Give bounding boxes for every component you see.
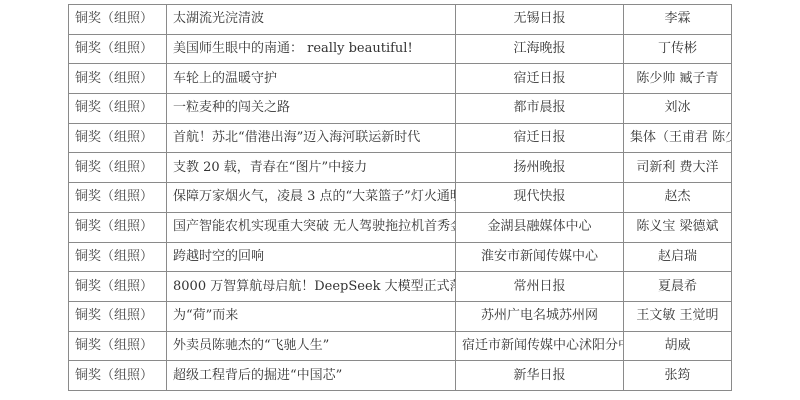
author-cell: 陈义宝 梁德斌 xyxy=(624,212,732,242)
unit-cell: 淮安市新闻传媒中心 xyxy=(456,242,624,272)
author-cell: 刘冰 xyxy=(624,94,732,124)
table-row: 铜奖（组照） 超级工程背后的掘进“中国芯” 新华日报 张筠 xyxy=(69,361,732,391)
award-cell: 铜奖（组照） xyxy=(69,5,167,35)
award-cell: 铜奖（组照） xyxy=(69,331,167,361)
award-cell: 铜奖（组照） xyxy=(69,34,167,64)
unit-cell: 新华日报 xyxy=(456,361,624,391)
award-cell: 铜奖（组照） xyxy=(69,183,167,213)
author-cell: 赵杰 xyxy=(624,183,732,213)
title-cell: 一粒麦种的闯关之路 xyxy=(167,94,456,124)
title-cell: 车轮上的温暖守护 xyxy=(167,64,456,94)
table-row: 铜奖（组照） 车轮上的温暖守护 宿迁日报 陈少帅 臧子青 xyxy=(69,64,732,94)
title-cell: 跨越时空的回响 xyxy=(167,242,456,272)
title-cell: 美国师生眼中的南通： really beautiful! xyxy=(167,34,456,64)
author-cell: 集体（王甫君 陈少帅 王帅甫 张良） xyxy=(624,123,732,153)
award-cell: 铜奖（组照） xyxy=(69,301,167,331)
table-row: 铜奖（组照） 保障万家烟火气，凌晨 3 点的“大菜篮子”灯火通明 现代快报 赵杰 xyxy=(69,183,732,213)
title-cell: 保障万家烟火气，凌晨 3 点的“大菜篮子”灯火通明 xyxy=(167,183,456,213)
unit-cell: 宿迁日报 xyxy=(456,123,624,153)
unit-cell: 现代快报 xyxy=(456,183,624,213)
unit-cell: 江海晚报 xyxy=(456,34,624,64)
author-cell: 陈少帅 臧子青 xyxy=(624,64,732,94)
title-cell: 国产智能农机实现重大突破 无人驾驶拖拉机首秀金湖 xyxy=(167,212,456,242)
unit-cell: 宿迁市新闻传媒中心沭阳分中心 xyxy=(456,331,624,361)
unit-cell: 无锡日报 xyxy=(456,5,624,35)
unit-cell: 都市晨报 xyxy=(456,94,624,124)
author-cell: 夏晨希 xyxy=(624,272,732,302)
awards-table: 铜奖（组照） 太湖流光浣清波 无锡日报 李霖 铜奖（组照） 美国师生眼中的南通：… xyxy=(68,4,732,391)
unit-cell: 苏州广电名城苏州网 xyxy=(456,301,624,331)
unit-cell: 金湖县融媒体中心 xyxy=(456,212,624,242)
award-cell: 铜奖（组照） xyxy=(69,123,167,153)
table-row: 铜奖（组照） 外卖员陈驰杰的“飞驰人生” 宿迁市新闻传媒中心沭阳分中心 胡威 xyxy=(69,331,732,361)
table-row: 铜奖（组照） 国产智能农机实现重大突破 无人驾驶拖拉机首秀金湖 金湖县融媒体中心… xyxy=(69,212,732,242)
table-row: 铜奖（组照） 首航！苏北“借港出海”迈入海河联运新时代 宿迁日报 集体（王甫君 … xyxy=(69,123,732,153)
author-cell: 王文敏 王觉明 xyxy=(624,301,732,331)
author-cell: 丁传彬 xyxy=(624,34,732,64)
title-cell: 外卖员陈驰杰的“飞驰人生” xyxy=(167,331,456,361)
title-cell: 首航！苏北“借港出海”迈入海河联运新时代 xyxy=(167,123,456,153)
award-cell: 铜奖（组照） xyxy=(69,212,167,242)
author-cell: 司新利 费大洋 xyxy=(624,153,732,183)
table-row: 铜奖（组照） 支教 20 载，青春在“图片”中接力 扬州晚报 司新利 费大洋 xyxy=(69,153,732,183)
author-cell: 胡威 xyxy=(624,331,732,361)
title-cell: 8000 万智算航母启航！DeepSeek 大模型正式落地常州 xyxy=(167,272,456,302)
table-row: 铜奖（组照） 8000 万智算航母启航！DeepSeek 大模型正式落地常州 常… xyxy=(69,272,732,302)
title-cell: 超级工程背后的掘进“中国芯” xyxy=(167,361,456,391)
table-row: 铜奖（组照） 太湖流光浣清波 无锡日报 李霖 xyxy=(69,5,732,35)
table-row: 铜奖（组照） 一粒麦种的闯关之路 都市晨报 刘冰 xyxy=(69,94,732,124)
award-cell: 铜奖（组照） xyxy=(69,361,167,391)
award-cell: 铜奖（组照） xyxy=(69,94,167,124)
table-row: 铜奖（组照） 为“荷”而来 苏州广电名城苏州网 王文敏 王觉明 xyxy=(69,301,732,331)
unit-cell: 宿迁日报 xyxy=(456,64,624,94)
award-cell: 铜奖（组照） xyxy=(69,64,167,94)
unit-cell: 常州日报 xyxy=(456,272,624,302)
title-cell: 太湖流光浣清波 xyxy=(167,5,456,35)
author-cell: 张筠 xyxy=(624,361,732,391)
author-cell: 李霖 xyxy=(624,5,732,35)
unit-cell: 扬州晚报 xyxy=(456,153,624,183)
award-cell: 铜奖（组照） xyxy=(69,272,167,302)
author-cell: 赵启瑞 xyxy=(624,242,732,272)
award-cell: 铜奖（组照） xyxy=(69,153,167,183)
table-row: 铜奖（组照） 美国师生眼中的南通： really beautiful! 江海晚报… xyxy=(69,34,732,64)
table-row: 铜奖（组照） 跨越时空的回响 淮安市新闻传媒中心 赵启瑞 xyxy=(69,242,732,272)
title-cell: 为“荷”而来 xyxy=(167,301,456,331)
award-cell: 铜奖（组照） xyxy=(69,242,167,272)
title-cell: 支教 20 载，青春在“图片”中接力 xyxy=(167,153,456,183)
